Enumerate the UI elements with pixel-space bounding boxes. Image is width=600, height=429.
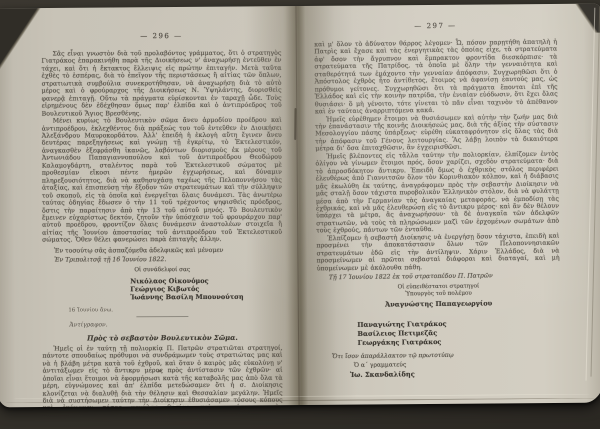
secretary-signature-name: Ἰω. Σκανδαλίδης — [350, 370, 561, 380]
book-gutter-shadow — [243, 6, 356, 406]
signature-block: Παναγιώτης Γιατράκος Βασίλειος Πετιμεζᾶς… — [357, 319, 560, 348]
open-book: — 296 — Σᾶς εἶναι γνωστὸν διὰ τοῦ προλαβ… — [0, 4, 600, 408]
signature-name: Γεωργάκης Γιατράκος — [358, 337, 561, 348]
letter-date-line: Τῇ 17 Ἰουνίου 1822 ἐκ τοῦ στρατοπέδου Π.… — [329, 272, 560, 282]
book-photo-scene: — 296 — Σᾶς εἶναι γνωστὸν διὰ τοῦ προλαβ… — [0, 0, 600, 429]
section-divider — [136, 316, 188, 317]
attestation-line: Ὅτι ἴσον ἀπαράλλακτον τῷ πρωτοτύπῳ — [332, 350, 561, 360]
secretary-title: Ὁ α΄ γραμματεύς — [354, 360, 561, 370]
